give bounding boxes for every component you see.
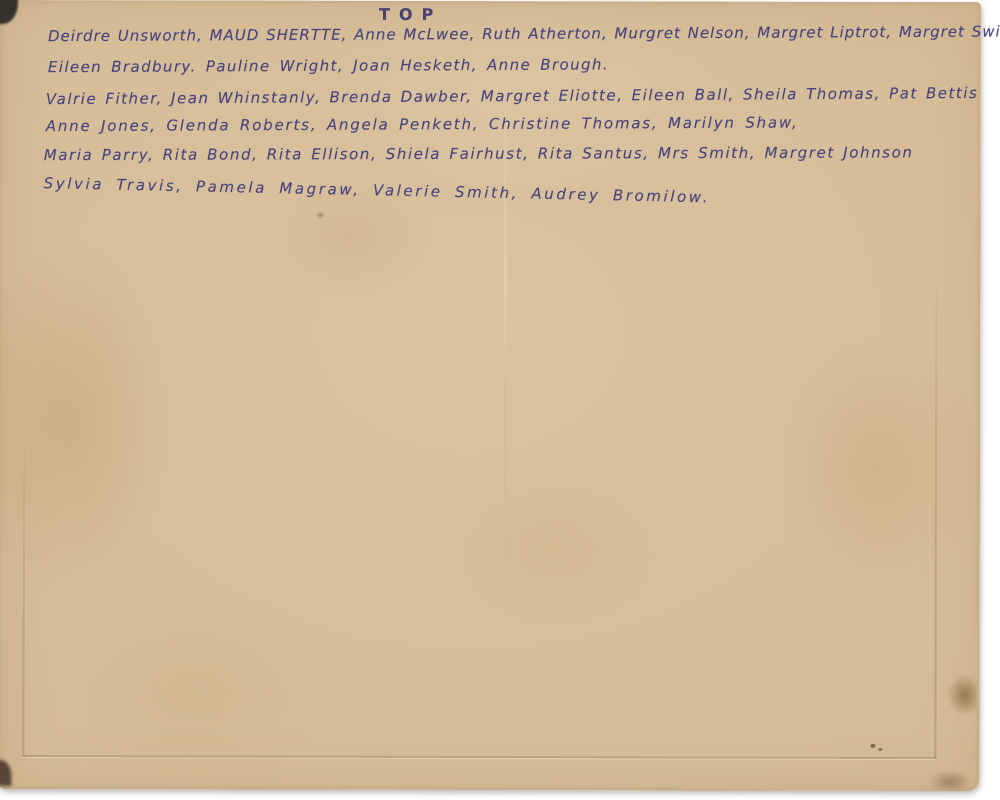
- handwriting-line: Valrie Fither, Jean Whinstanly, Brenda D…: [46, 84, 979, 108]
- stain-dot: [870, 744, 875, 748]
- plate-mark-bottom-edge: [22, 755, 936, 759]
- handwriting-line: Deirdre Unsworth, MAUD SHERTTE, Anne McL…: [48, 22, 1000, 45]
- plate-mark-right-edge: [934, 252, 937, 758]
- corner-chip-top-left: [0, 0, 18, 24]
- stain-dot: [318, 213, 324, 218]
- photo-card-back: TOP Deirdre Unsworth, MAUD SHERTTE, Anne…: [0, 0, 981, 791]
- handwriting-line: Eileen Bradbury. Pauline Wright, Joan He…: [48, 55, 609, 76]
- orientation-label: TOP: [379, 5, 442, 24]
- handwriting-line: Anne Jones, Glenda Roberts, Angela Penke…: [46, 113, 799, 135]
- handwriting-line: Maria Parry, Rita Bond, Rita Ellison, Sh…: [44, 143, 914, 164]
- corner-chip-bottom-left: [0, 760, 11, 786]
- edge-wear-right: [947, 674, 977, 716]
- plate-mark-left-edge: [22, 430, 25, 756]
- edge-wear-bottom-right: [928, 770, 972, 790]
- scan-background: TOP Deirdre Unsworth, MAUD SHERTTE, Anne…: [0, 0, 1000, 800]
- stain-dot: [878, 748, 882, 751]
- handwriting-line: Sylvia Travis, Pamela Magraw, Valerie Sm…: [43, 174, 710, 206]
